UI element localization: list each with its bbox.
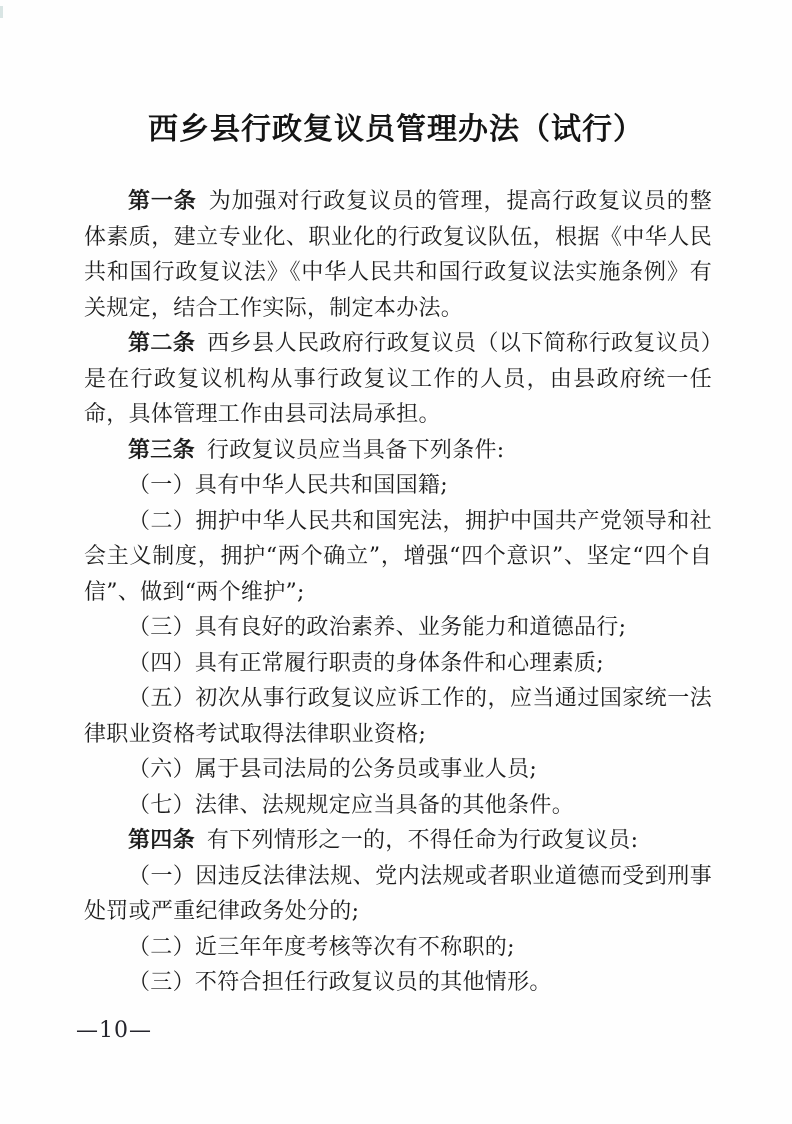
article-1-paragraph: 第一条为加强对行政复议员的管理，提高行政复议员的整体素质，建立专业化、职业化的行… <box>84 184 712 326</box>
scan-artifact <box>0 6 3 18</box>
clause-item: （一）因违反法律法规、党内法规或者职业道德而受到刑事处罚或严重纪律政务处分的; <box>84 859 712 930</box>
clause-item: （四）具有正常履行职责的身体条件和心理素质; <box>84 646 712 682</box>
clause-item: （二）拥护中华人民共和国宪法，拥护中国共产党领导和社会主义制度，拥护“两个确立”… <box>84 504 712 611</box>
article-1-label: 第一条 <box>128 189 197 214</box>
article-3-text: 行政复议员应当具备下列条件: <box>207 438 505 463</box>
article-2-label: 第二条 <box>128 331 195 356</box>
article-4-label: 第四条 <box>128 828 195 853</box>
article-3-label: 第三条 <box>128 438 195 463</box>
page-number: —10— <box>76 1018 152 1043</box>
clause-item: （六）属于县司法局的公务员或事业人员; <box>84 752 712 788</box>
clause-item: （二）近三年年度考核等次有不称职的; <box>84 930 712 966</box>
article-4-paragraph: 第四条有下列情形之一的，不得任命为行政复议员: <box>84 823 712 859</box>
article-3-paragraph: 第三条行政复议员应当具备下列条件: <box>84 433 712 469</box>
clause-item: （三）具有良好的政治素养、业务能力和道德品行; <box>84 610 712 646</box>
clause-item: （五）初次从事行政复议应诉工作的，应当通过国家统一法律职业资格考试取得法律职业资… <box>84 681 712 752</box>
clause-item: （七）法律、法规规定应当具备的其他条件。 <box>84 788 712 824</box>
document-page: 西乡县行政复议员管理办法（试行） 第一条为加强对行政复议员的管理，提高行政复议员… <box>0 0 792 1124</box>
article-4-text: 有下列情形之一的，不得任命为行政复议员: <box>207 828 638 853</box>
clause-item: （一）具有中华人民共和国国籍; <box>84 468 712 504</box>
document-body: 第一条为加强对行政复议员的管理，提高行政复议员的整体素质，建立专业化、职业化的行… <box>84 184 712 1001</box>
article-2-paragraph: 第二条西乡县人民政府行政复议员（以下简称行政复议员）是在行政复议机构从事行政复议… <box>84 326 712 433</box>
clause-item: （三）不符合担任行政复议员的其他情形。 <box>84 965 712 1001</box>
page-title: 西乡县行政复议员管理办法（试行） <box>0 104 792 148</box>
